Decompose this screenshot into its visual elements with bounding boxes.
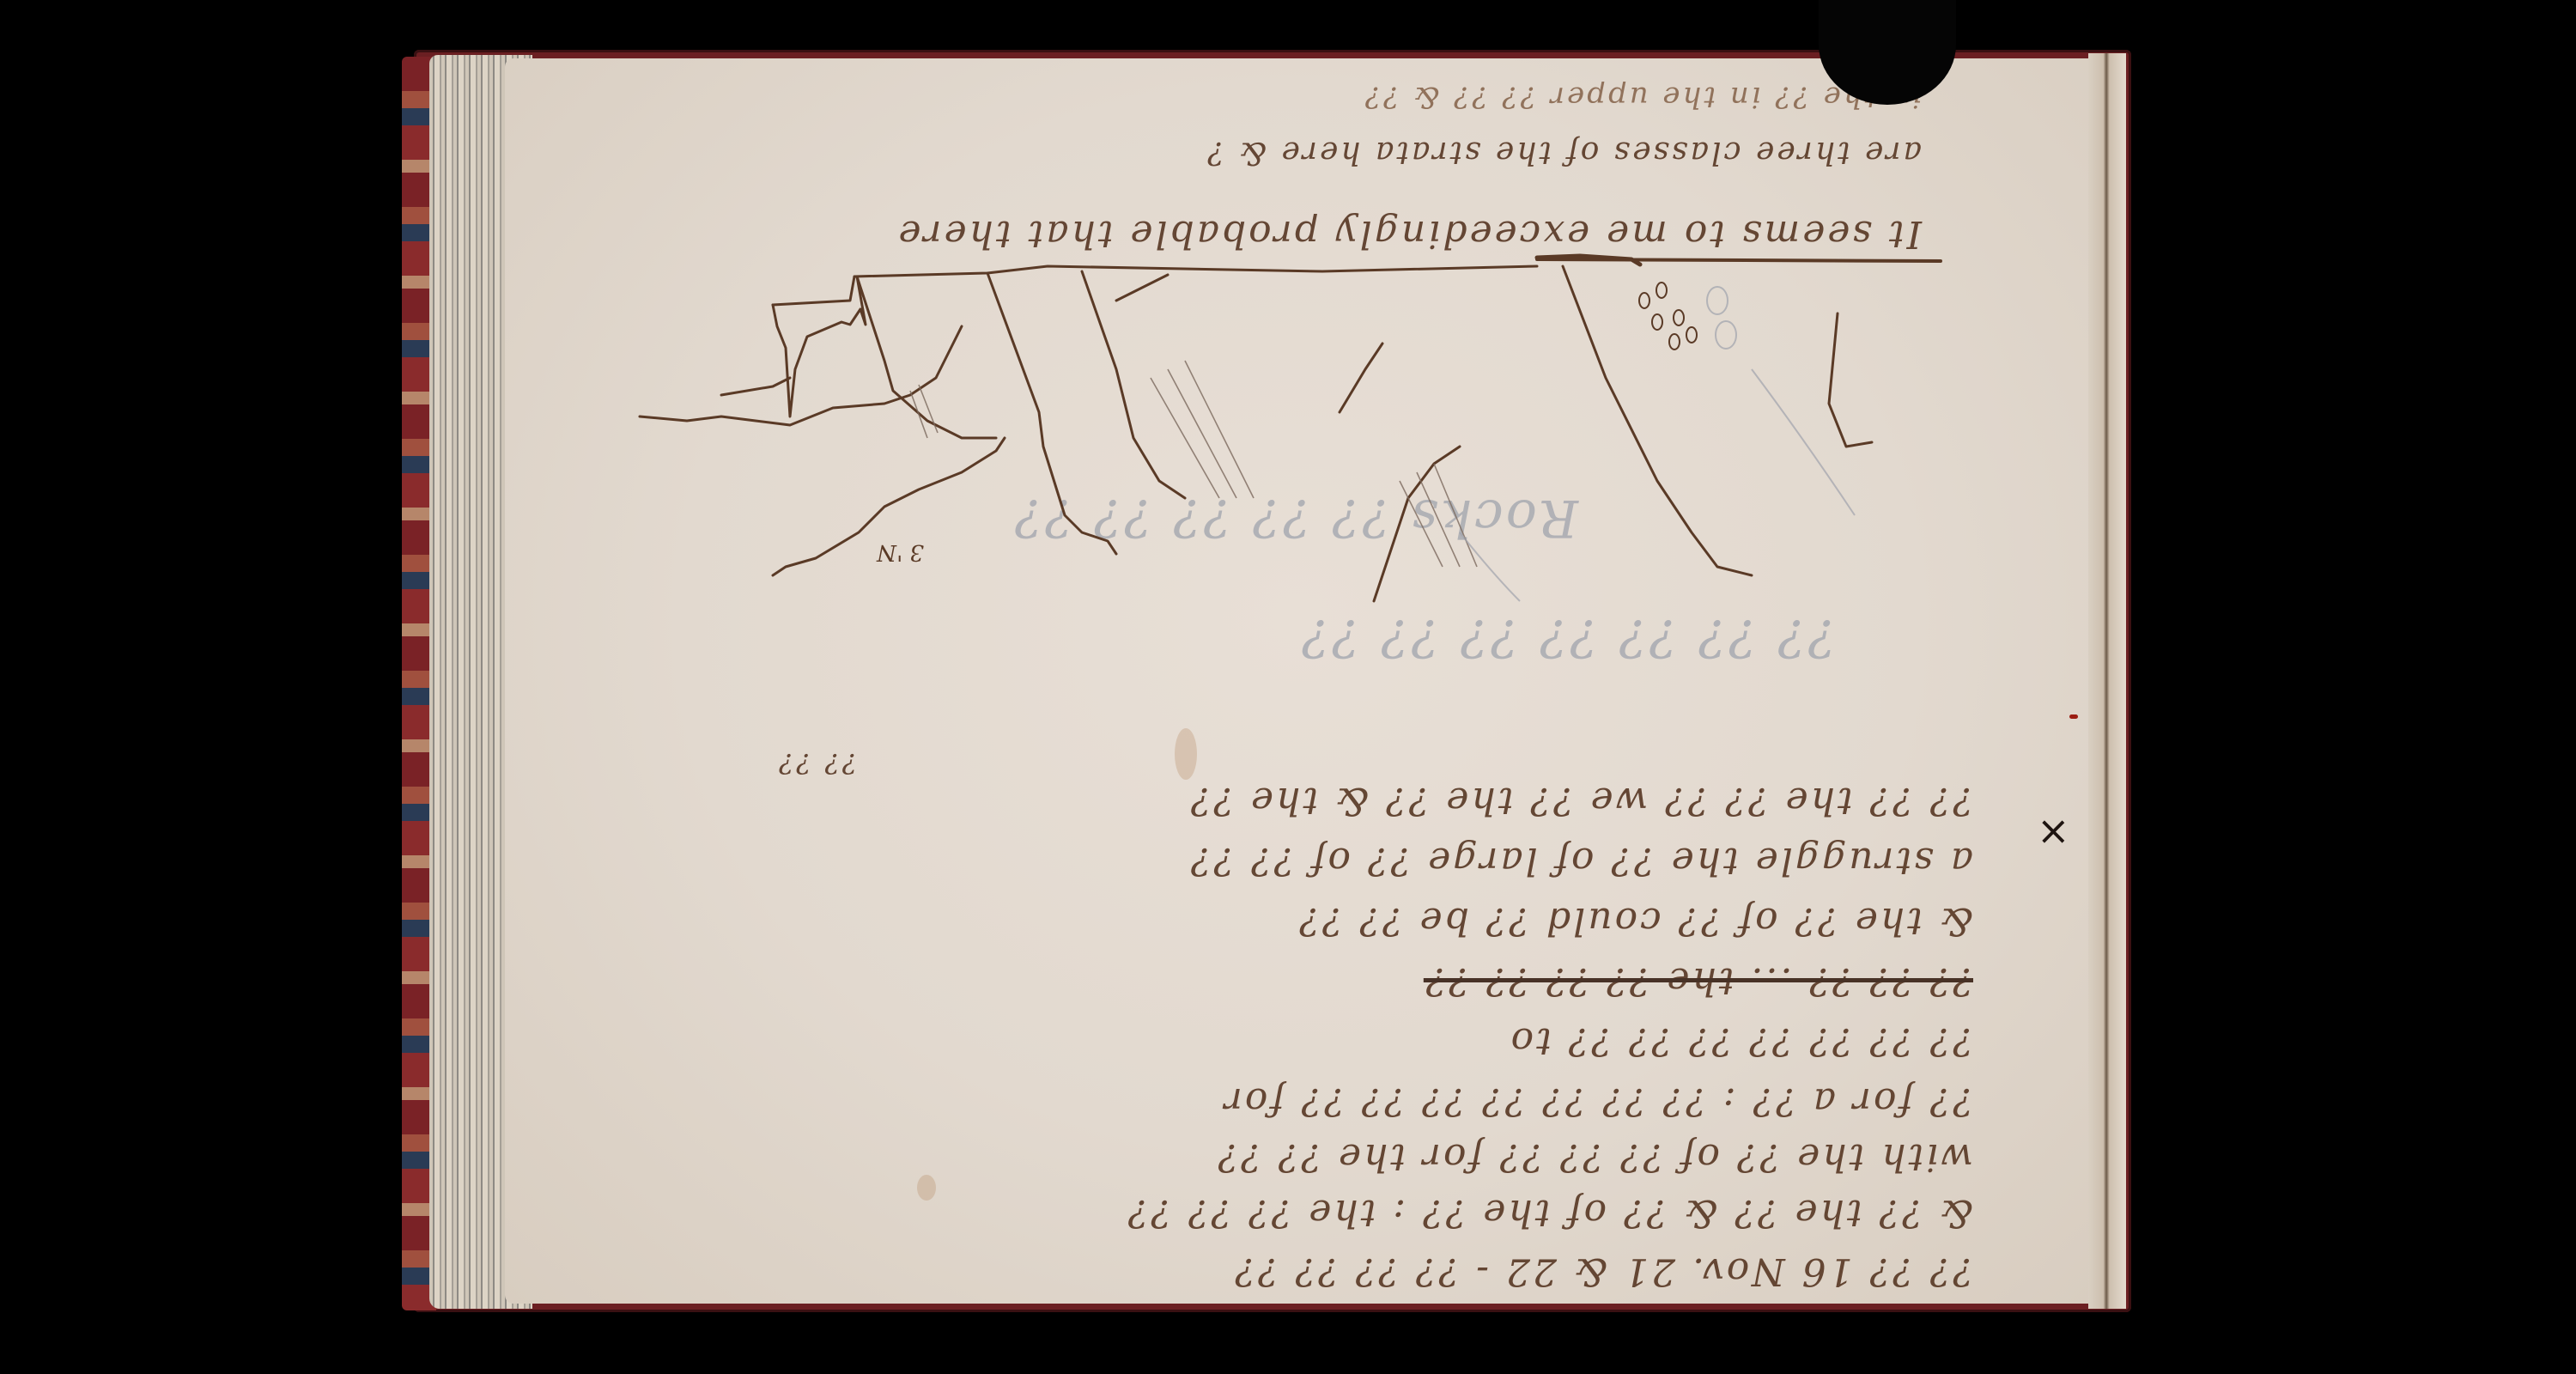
red-ink-mark — [2069, 714, 2078, 719]
handwritten-line: are three classes of the strata here & ? — [1205, 135, 1922, 170]
page-gutter — [2088, 53, 2126, 1309]
date-line: ?? ?? 16 Nov. 21 & 22 - ?? ?? ?? ?? — [1232, 1249, 1973, 1293]
handwritten-line: ?? ?? ?? ?? ?? ?? ?? to — [1509, 1019, 1973, 1063]
cliff-sketch: 3 'N — [635, 240, 2095, 618]
handwritten-line: a struggle the ?? of large ?? of ?? ?? — [1188, 839, 1973, 883]
handwritten-line: with the ?? of ?? ?? ?? for the ?? ?? — [1216, 1135, 1973, 1179]
handwritten-line: & ?? the ?? & ?? of the ?? : the ?? ?? ?… — [1126, 1191, 1973, 1235]
handwritten-line: ?? for a ?? : ?? ?? ?? ?? ?? ?? ?? for — [1222, 1079, 1973, 1123]
handwritten-insertion: ?? ?? — [776, 747, 857, 780]
sketch-annotation: 3 'N — [876, 539, 924, 565]
handwritten-line: & the ?? of ?? could ?? be ?? ?? — [1297, 899, 1973, 943]
handwritten-line-struck: ?? ?? ?? ... the ?? ?? ?? ?? — [1424, 959, 1973, 1003]
handwritten-line: ?? ?? the ?? ?? we ?? the ?? & the ?? — [1188, 779, 1973, 823]
margin-cross-mark: × — [2037, 807, 2070, 854]
